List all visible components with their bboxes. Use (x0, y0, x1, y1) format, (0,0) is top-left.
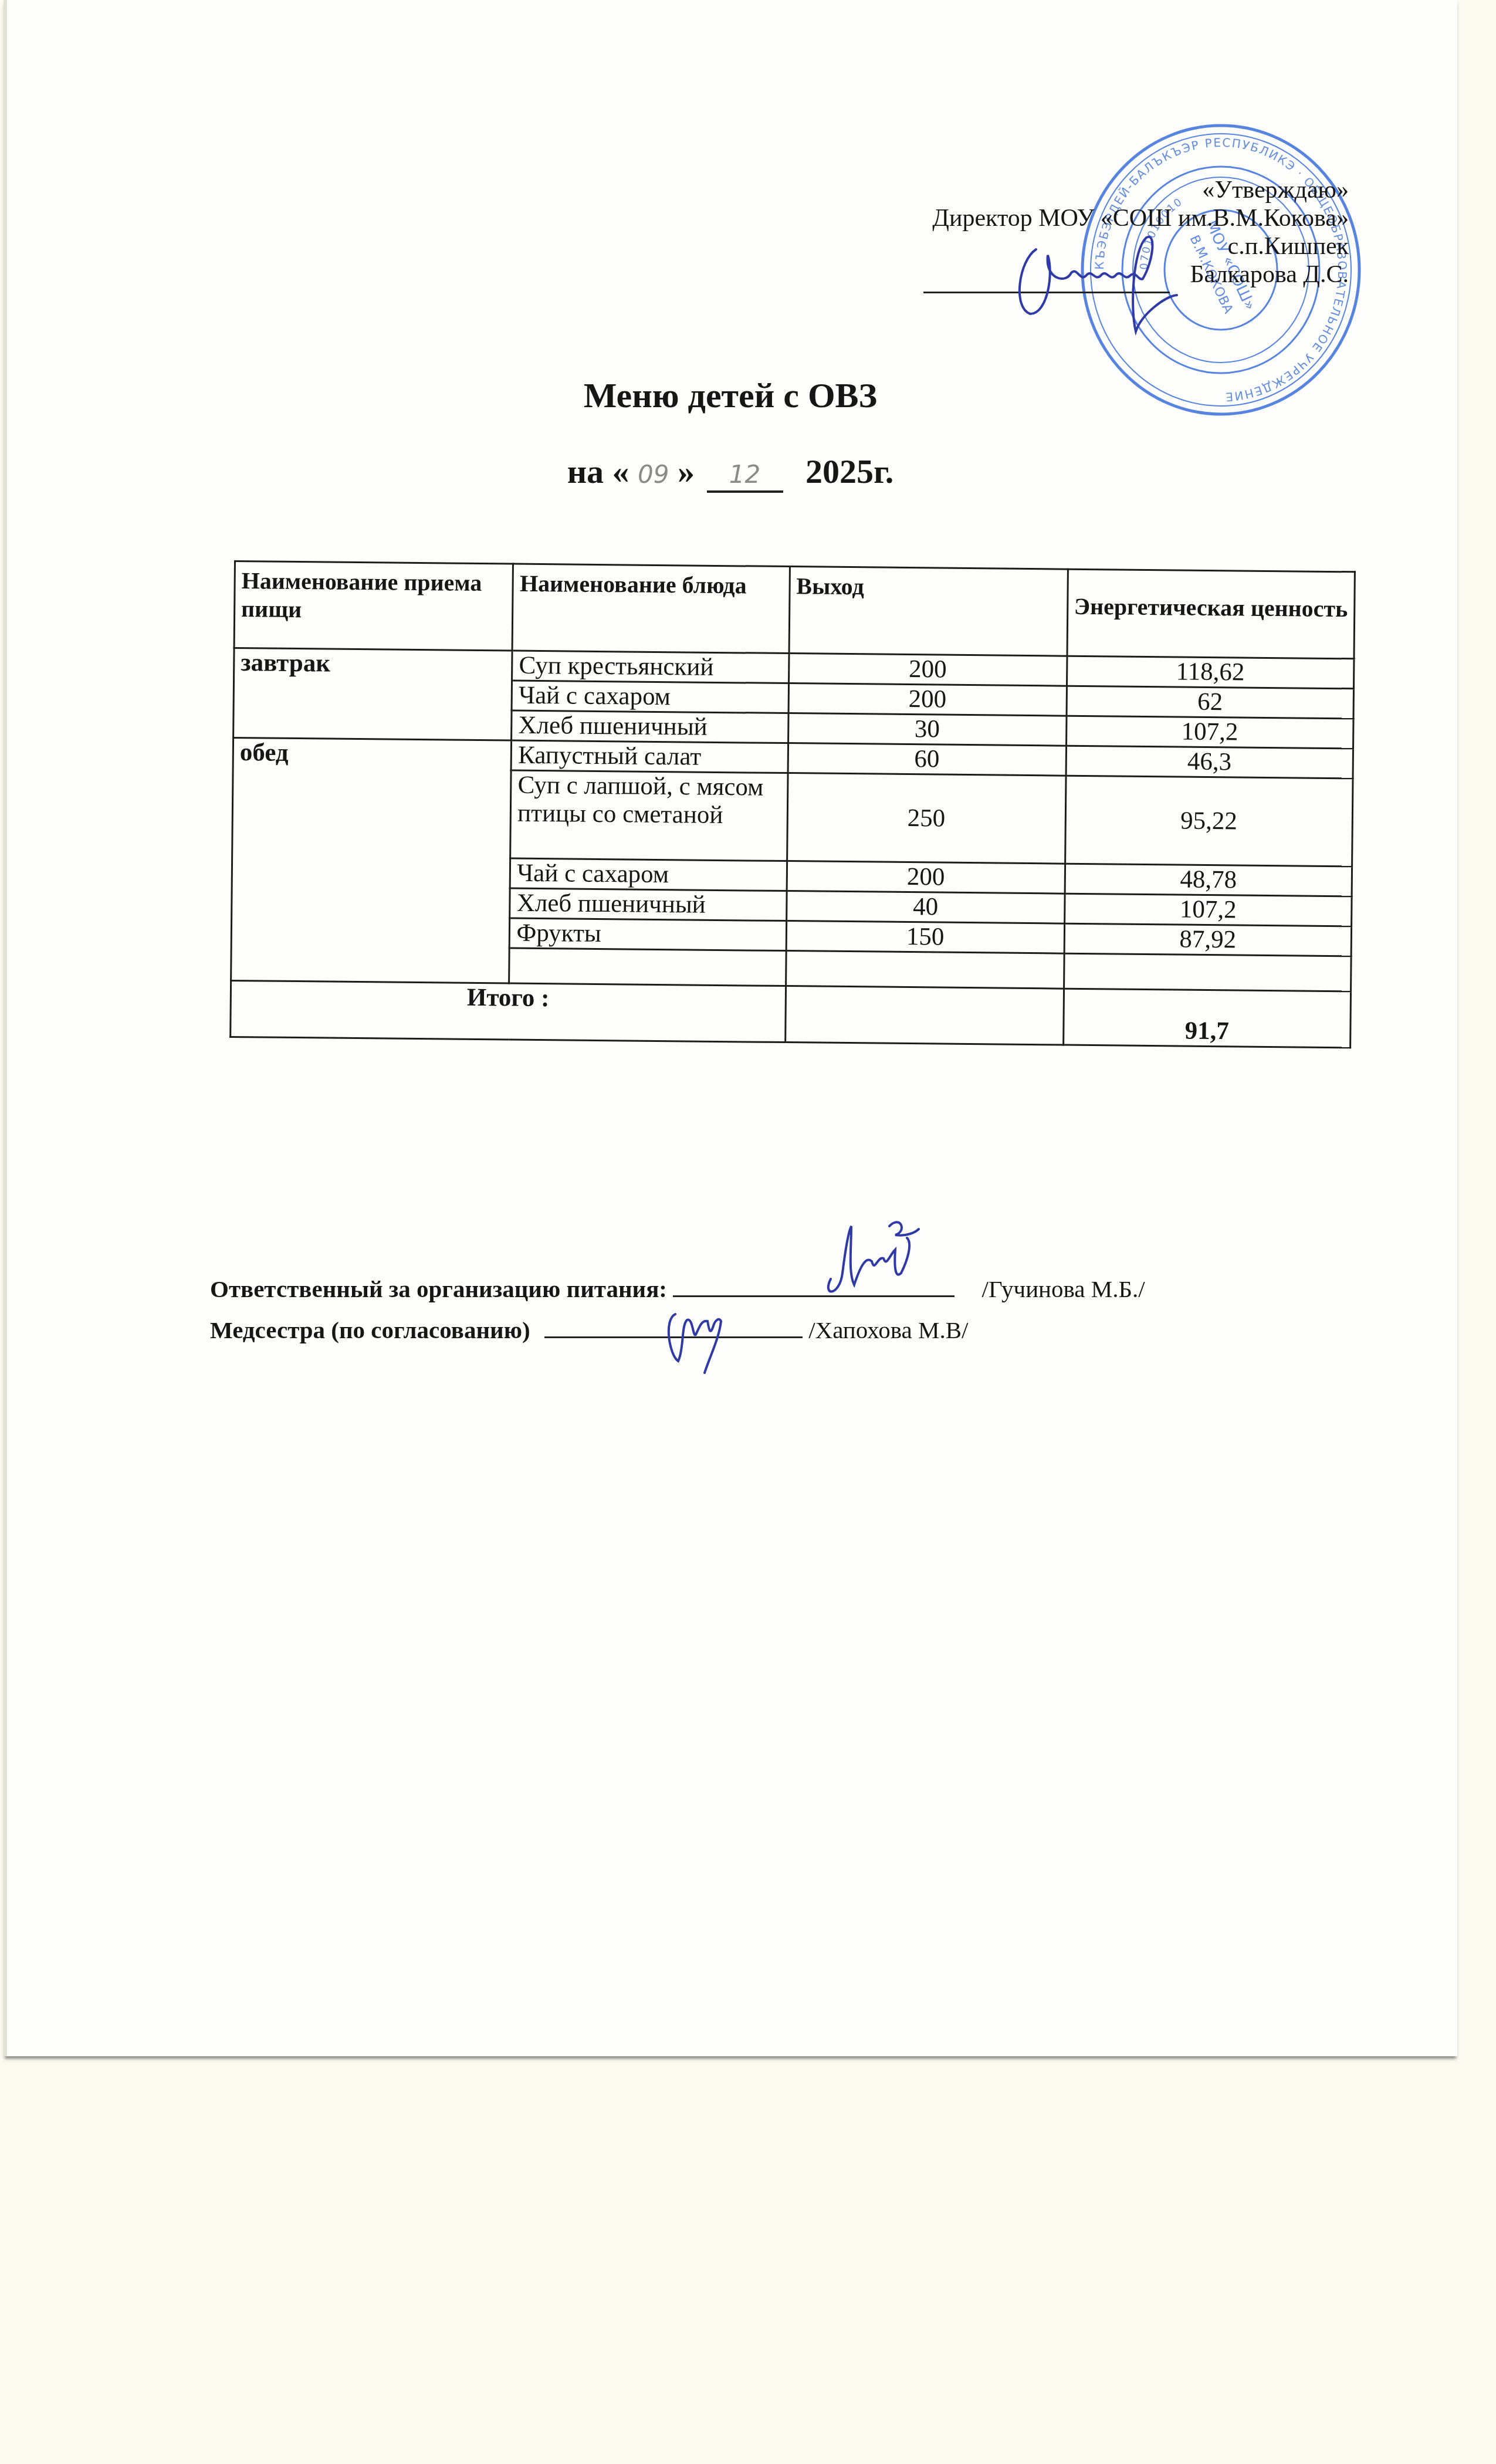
total-output (785, 986, 1064, 1045)
nurse-name: /Хапохова М.В/ (808, 1316, 968, 1343)
dish-name: Капустный салат (511, 740, 788, 773)
dish-energy: 107,2 (1064, 893, 1352, 926)
dish-energy: 107,2 (1066, 716, 1353, 749)
approval-heading: «Утверждаю» (932, 176, 1349, 204)
nurse-label: Медсестра (по согласованию) (210, 1316, 530, 1343)
dish-output: 150 (786, 921, 1064, 954)
menu-table: Наименование приема пищи Наименование бл… (229, 560, 1356, 1048)
dish-name: Чай с сахаром (512, 681, 788, 713)
nurse-signature-icon (658, 1291, 746, 1379)
dish-name (509, 948, 786, 986)
header-dish: Наименование блюда (512, 564, 790, 654)
table-header-row: Наименование приема пищи Наименование бл… (234, 561, 1355, 659)
dish-energy: 95,22 (1065, 776, 1353, 867)
dish-name: Суп крестьянский (512, 651, 789, 683)
dish-output: 40 (786, 891, 1064, 924)
dish-output: 200 (787, 861, 1065, 894)
meal-name: обед (231, 738, 512, 984)
dish-energy: 87,92 (1064, 923, 1352, 956)
director-signature-icon (1013, 226, 1189, 343)
total-label: Итого : (231, 980, 786, 1042)
meal-name: завтрак (233, 648, 513, 741)
dish-name: Суп с лапшой, с мясом птицы со сметаной (510, 770, 788, 861)
dish-energy: 62 (1067, 686, 1354, 719)
date-mid: » (678, 452, 695, 490)
dish-energy: 118,62 (1067, 656, 1354, 689)
nutrition-responsible-name: /Гучинова М.Б./ (981, 1275, 1145, 1302)
header-energy: Энергетическая ценность (1067, 569, 1355, 659)
dish-name: Фрукты (510, 918, 787, 951)
table-body: завтракСуп крестьянский200118,62Чай с са… (231, 648, 1354, 991)
paper-edge (4, 0, 7, 2056)
document-page: КЪЭБЭРДЕЙ-БАЛЪКЪЭР РЕСПУБЛИКЭ · ОБЩЕОБРА… (4, 0, 1457, 2056)
date-prefix: на « (567, 452, 629, 490)
date-month: 12 (707, 459, 783, 493)
dish-output: 200 (788, 683, 1067, 716)
date-year: 2025г. (805, 452, 893, 490)
dish-output: 30 (788, 713, 1066, 746)
nurse-line: Медсестра (по согласованию) /Хапохова М.… (210, 1313, 968, 1344)
dish-output: 60 (788, 743, 1066, 776)
header-meal: Наименование приема пищи (234, 561, 513, 651)
nutrition-signature-icon (819, 1209, 936, 1302)
dish-name: Чай с сахаром (510, 858, 787, 891)
dish-output (786, 951, 1064, 989)
dish-output: 250 (787, 773, 1065, 864)
dish-name: Хлеб пшеничный (510, 888, 787, 921)
dish-energy (1064, 953, 1351, 991)
header-output: Выход (789, 567, 1068, 656)
dish-name: Хлеб пшеничный (512, 710, 788, 743)
total-energy: 91,7 (1063, 989, 1351, 1048)
nutrition-responsible-label: Ответственный за организацию питания: (210, 1275, 667, 1302)
dish-energy: 46,3 (1066, 746, 1353, 779)
dish-output: 200 (788, 654, 1067, 686)
menu-date: на « 09 » 12 2025г. (4, 452, 1457, 493)
date-day: 09 (638, 460, 669, 489)
dish-energy: 48,78 (1065, 864, 1352, 896)
total-row: Итого : 91,7 (231, 980, 1351, 1047)
